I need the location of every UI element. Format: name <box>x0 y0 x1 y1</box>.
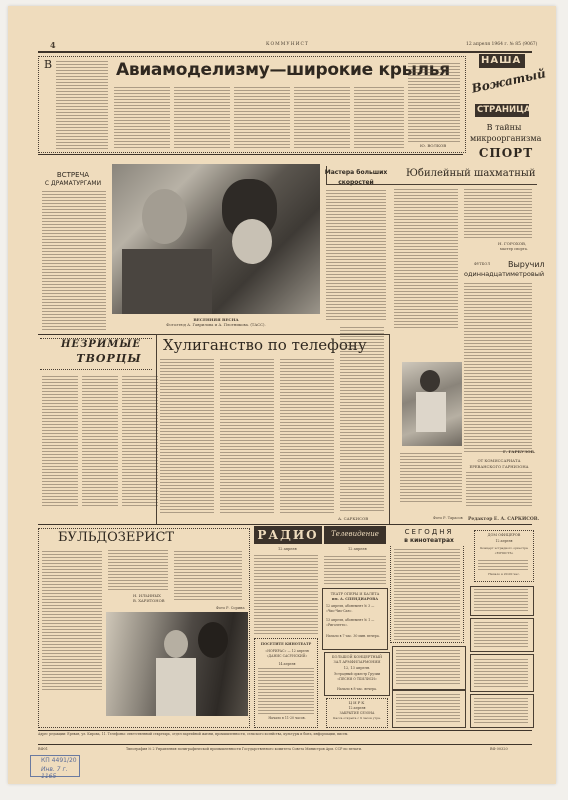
commissariat-headline-2: ЕРЕВАНСКОГО ГАРНИЗОНА <box>464 464 534 469</box>
concert-hall-title-2: ЗАЛ АРМФИЛАРМОНИИ <box>324 660 390 664</box>
laboratory-photo <box>402 362 462 446</box>
aviamodel-dropcap: В <box>44 58 52 71</box>
microorganism-headline: В тайны микроорганизма <box>470 122 538 144</box>
aviamodel-text-col2 <box>114 86 170 148</box>
cinemas-title-1: СЕГОДНЯ <box>392 528 466 536</box>
bulldozer-photo <box>106 612 248 716</box>
laboratory-photo-caption <box>400 452 462 502</box>
notice-box-5-text <box>474 657 528 687</box>
officers-house-event: Концерт эстрадного оркестра «ЮНОСТЬ» <box>476 546 532 555</box>
tv-logo: Телевидение <box>324 526 386 544</box>
bulldozer-headline: БУЛЬДОЗЕРИСТ <box>58 530 174 545</box>
tv-logo-text: Телевидение <box>324 530 386 538</box>
footer-order-left: ВФ01 <box>38 747 48 751</box>
bulldozer-photo-credit: Фото Р. Сорина <box>216 606 245 610</box>
dramaturgy-text <box>42 190 106 330</box>
notice-box-1-text <box>396 650 460 684</box>
hooliganism-headline: Хулиганство по телефону <box>163 336 367 354</box>
bulldozer-col1 <box>42 550 102 690</box>
circus-event: ЗАКРЫТИЕ СЕЗОНА <box>326 711 388 715</box>
footer-address: Адрес редакции: Ереван, ул. Кирова, 11. … <box>38 732 532 737</box>
footer-printer: Типография № 2 Управления полиграфическо… <box>126 747 362 751</box>
header-rule <box>38 51 532 53</box>
footer-rule-top <box>38 730 532 731</box>
bulldozer-col2 <box>108 550 168 590</box>
aviamodel-signature: Ю. ВОЛКОВ <box>420 143 446 149</box>
speed-masters-text <box>326 190 386 320</box>
opera-row-2: 13 апреля, абонемент № 1 — «Риголетто». <box>326 618 384 627</box>
page-number: 4 <box>50 40 56 50</box>
notice-box-3-text <box>474 589 528 611</box>
aviamodel-text-col1 <box>56 61 108 149</box>
circus-title: ЦИРК <box>326 700 388 705</box>
concert-hall-dates: 12, 13 апреля. <box>324 666 390 670</box>
nasha-stranitsa-badge: НАША Вожатый СТРАНИЦА <box>471 54 533 118</box>
chess-text-col2 <box>464 188 532 238</box>
sport-label: СПОРТ <box>478 146 534 160</box>
speed-masters-headline: Мастера больших скоростей <box>324 168 388 188</box>
chess-signature: Н. ГОРОХОВ, <box>498 241 526 246</box>
radio-listing <box>254 554 318 634</box>
aviamodel-text-col5 <box>294 86 350 148</box>
officers-house-date: 12 апреля <box>474 539 534 543</box>
concert-hall-title-1: БОЛЬШОЙ КОНЦЕРТНЫЙ <box>324 655 390 659</box>
kinoteatr-date: 14 апреля <box>258 662 316 666</box>
notice-box-6-text <box>474 697 528 723</box>
spring-photo-caption-credit: Фотоэтюд А. Гаврилова и А. Плотникова. (… <box>112 322 320 327</box>
tv-date: 12 апреля <box>348 547 367 551</box>
concert-hall-program: Эстрадный оркестр Грузии «ПЕСНИ О ТБИЛИС… <box>326 672 388 681</box>
officers-house-start: Начало в 20.00 час. <box>474 572 534 576</box>
radio-logo: РАДИО <box>254 526 322 544</box>
kinoteatr-film: «НОРИРАС» — 12 апреля «ДАНИС САСУНСКИЙ» <box>258 649 316 658</box>
invisible-creators-col1 <box>42 374 78 506</box>
radio-logo-text: РАДИО <box>254 528 322 542</box>
aviamodel-text-col3 <box>174 86 230 148</box>
badge-top-text: НАША <box>481 55 521 66</box>
chess-text-col1 <box>394 188 458 328</box>
commissariat-text <box>466 472 532 506</box>
editor-line: Редактор Е. А. САРКИСОВ. <box>468 517 539 522</box>
circus-date: 12 апреля <box>326 706 388 710</box>
inventory-stamp: КП 4491/20 Инв. 7 г. 1165 <box>30 755 80 777</box>
dramaturgy-headline-2: С ДРАМАТУРГАМИ <box>40 180 106 187</box>
football-signature: Г. ГАРБУЗОВ. <box>503 449 535 454</box>
invisible-creators-col3 <box>122 374 158 506</box>
bulldozer-signature-2: В. ХАРИТОНОВ <box>133 598 165 603</box>
notice-box-4-text <box>474 621 528 647</box>
football-headline-2: одиннадцатиметровый <box>464 270 544 278</box>
newspaper-page: 4 КОММУНИСТ 12 апреля 1964 г. № 85 (9067… <box>8 6 556 784</box>
radio-date: 12 апреля <box>278 547 297 551</box>
kinoteatr-text <box>258 668 314 714</box>
officers-house-text <box>478 558 528 570</box>
football-headline-1: Выручил <box>508 260 545 269</box>
issue-date: 12 апреля 1964 г. № 85 (9067) <box>466 42 537 47</box>
dramaturgy-headline-1: ВСТРЕЧА <box>40 171 106 179</box>
hooliganism-col2 <box>220 358 274 513</box>
football-text <box>464 282 532 452</box>
stamp-line-1: КП 4491/20 <box>41 757 77 764</box>
footer-order-right: ВФ 00320 <box>490 747 508 751</box>
hooliganism-col1 <box>160 358 214 513</box>
mid-rule-1 <box>38 154 463 155</box>
kinoteatr-title: ПОСЕТИТЕ КИНОТЕАТР <box>254 642 318 646</box>
chess-signature-role: мастер спорта. <box>500 247 528 251</box>
bulldozer-col3 <box>174 550 242 600</box>
cinemas-list-frame <box>390 546 464 643</box>
badge-script-text: Вожатый <box>470 66 547 95</box>
opera-title-1: ТЕАТР ОПЕРЫ И БАЛЕТА <box>322 592 388 596</box>
commissariat-headline-1: ОТ КОМИССАРИАТА <box>464 458 534 463</box>
aviamodel-text-col7 <box>408 62 460 142</box>
masthead: КОММУНИСТ <box>266 42 309 47</box>
hooliganism-col4 <box>340 326 384 511</box>
aviamodel-headline: Авиамоделизму—широкие крылья <box>116 60 450 80</box>
footer-rule-bottom <box>38 744 532 745</box>
aviamodel-text-col6 <box>354 86 404 148</box>
laboratory-photo-credit: Фото Р. Тарасов <box>433 516 463 520</box>
circus-start: Касса открыта с 9 часов утра. <box>328 716 386 720</box>
invisible-creators-col2 <box>82 374 118 506</box>
kinoteatr-times: Начало в 11-20 часов. <box>258 716 316 720</box>
opera-start: Начало в 7 час. 30 мин. вечера. <box>326 634 384 639</box>
aviamodel-text-col4 <box>234 86 290 148</box>
concert-hall-start: Начало в 8 час. вечера. <box>324 687 390 691</box>
football-rubric: ФУТБОЛ <box>474 262 490 266</box>
officers-house-title: ДОМ ОФИЦЕРОВ <box>474 533 534 537</box>
invisible-creators-headline-2: ТВОРЦЫ <box>64 352 154 365</box>
cinemas-title-2: в кинотеатрах <box>392 537 466 544</box>
invisible-creators-headline-1: НЕЗРИМЫЕ <box>46 339 156 350</box>
badge-bottom-text: СТРАНИЦА <box>477 105 531 115</box>
opera-title-2: им. А. СПЕНДИАРОВА <box>322 597 388 601</box>
tv-listing <box>324 554 386 584</box>
stamp-line-2: Инв. 7 г. 1165 <box>41 766 79 780</box>
hooliganism-signature: А. САРКИСОВ <box>338 516 368 521</box>
section-rule <box>38 524 532 525</box>
chess-headline: Юбилейный шахматный <box>406 168 535 179</box>
opera-row-1: 12 апреля, абонемент № 3 — «Чио-Чио-Сан»… <box>326 604 384 613</box>
hooliganism-col3 <box>280 358 334 513</box>
notice-box-2-text <box>396 694 460 722</box>
spring-blossom-photo <box>112 164 320 314</box>
